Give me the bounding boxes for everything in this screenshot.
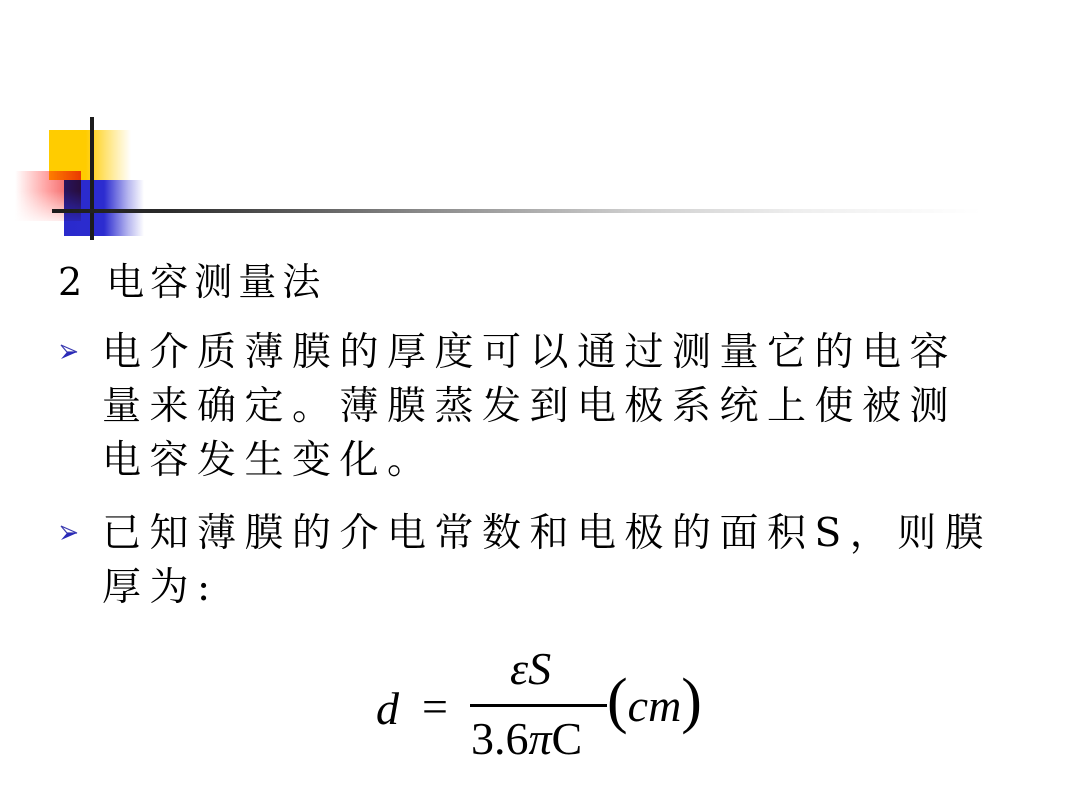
formula-unit: (cm)	[607, 666, 702, 741]
bullet-text-line: 已知薄膜的介电常数和电极的面积S，则膜	[102, 507, 1022, 561]
formula-denominator: 3.6πC	[471, 712, 582, 765]
arrowhead-bullet-icon	[60, 343, 78, 361]
denominator-variable: C	[552, 713, 583, 764]
paren-open: (	[607, 667, 628, 735]
slide-title: 2 电容测量法	[58, 256, 326, 308]
paren-close: )	[681, 667, 702, 735]
bullet-text: 电介质薄膜的厚度可以通过测量它的电容 量来确定。薄膜蒸发到电极系统上使被测 电容…	[102, 326, 1022, 488]
bullet-text-line: 电容发生变化。	[102, 434, 1022, 488]
vertical-line-decoration	[90, 117, 94, 240]
thickness-formula: d = εS 3.6πC (cm)	[376, 648, 726, 768]
pi-symbol: π	[529, 713, 552, 764]
unit-text: cm	[628, 680, 682, 731]
bullet-text-line: 厚为:	[102, 561, 1022, 615]
red-square-decoration	[15, 171, 81, 221]
formula-equals: =	[422, 680, 448, 733]
bullet-text-line: 电介质薄膜的厚度可以通过测量它的电容	[102, 326, 1022, 380]
formula-lhs: d	[376, 682, 399, 735]
bullet-text: 已知薄膜的介电常数和电极的面积S，则膜 厚为:	[102, 507, 1022, 615]
title-divider-line	[52, 209, 982, 213]
bullet-text-line: 量来确定。薄膜蒸发到电极系统上使被测	[102, 380, 1022, 434]
formula-numerator: εS	[510, 642, 551, 695]
arrowhead-bullet-icon	[60, 524, 78, 542]
fraction-bar	[470, 704, 607, 707]
denominator-number: 3.6	[471, 713, 529, 764]
